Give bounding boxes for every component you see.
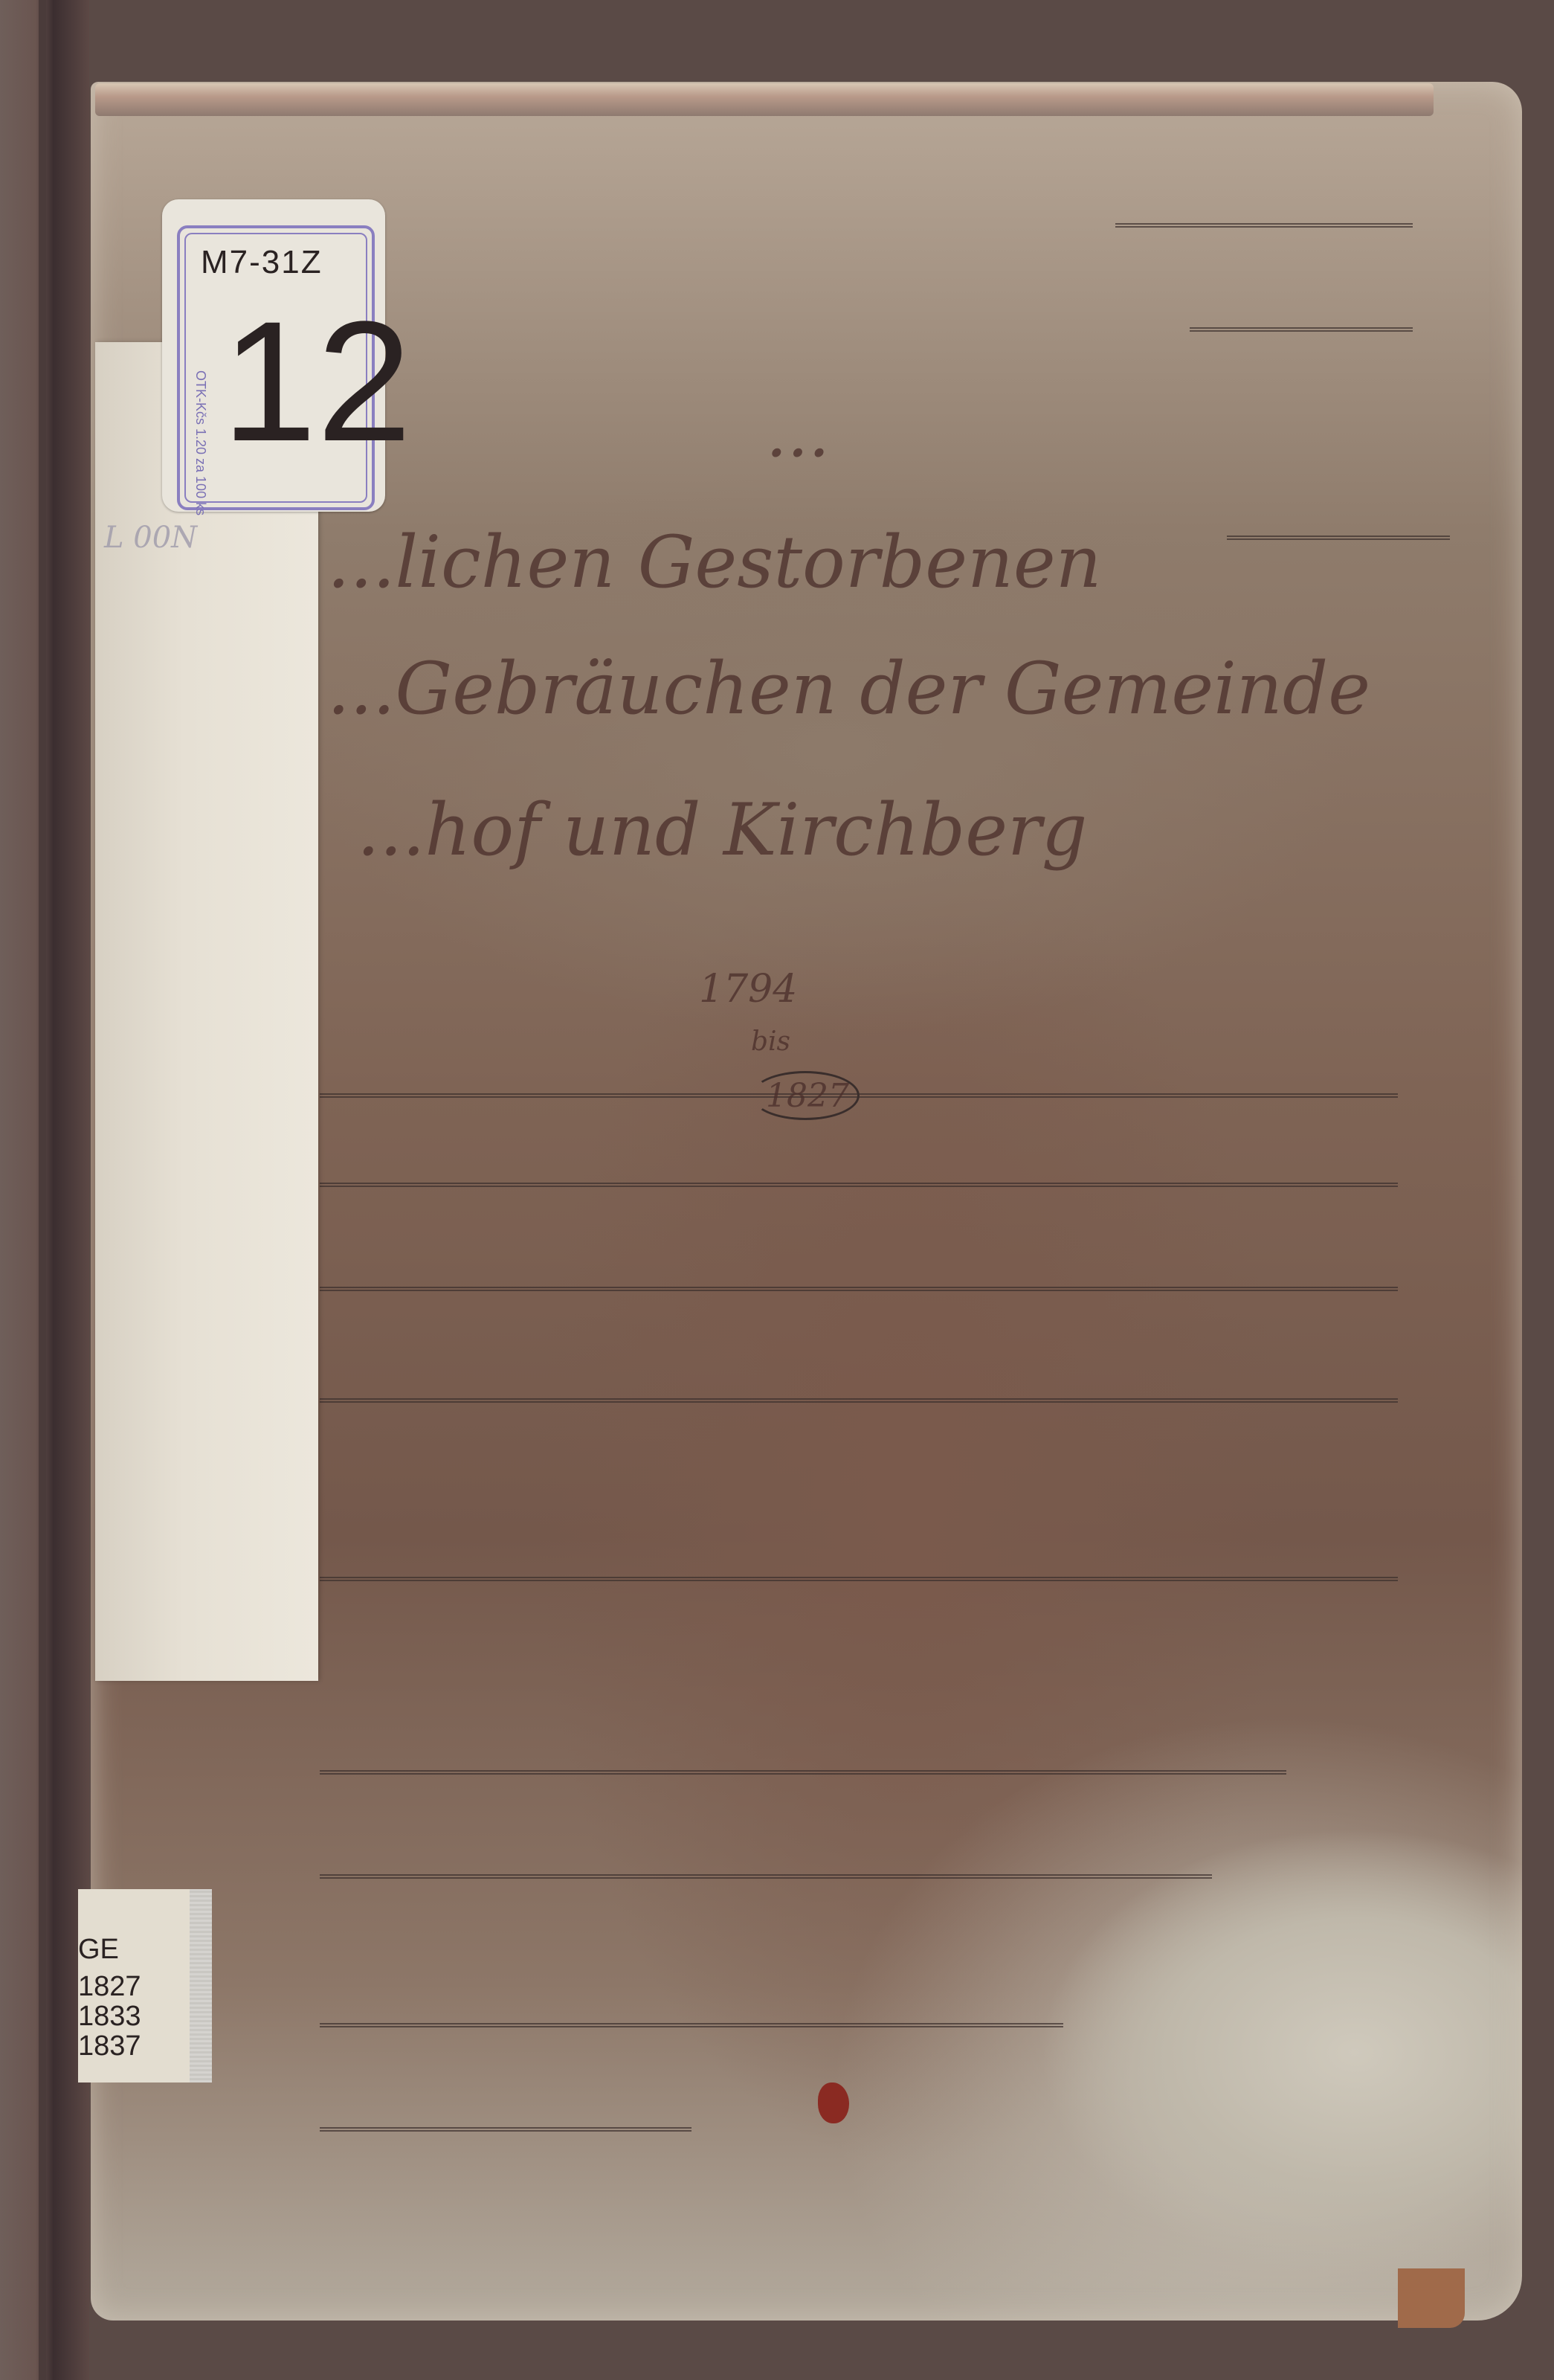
- title-line-1: ...: [766, 394, 830, 472]
- corner-tear: [1398, 2268, 1465, 2328]
- ruled-line: [320, 1770, 1286, 1775]
- ruled-line: [320, 1183, 1398, 1187]
- ruled-line: [320, 2023, 1063, 2027]
- title-line-3: ...Gebräuchen der Gemeinde: [327, 647, 1370, 730]
- spine-label: GE 1827 1833 1837: [78, 1889, 212, 2082]
- ruled-line: [1115, 223, 1413, 228]
- backdrop-strip: [39, 0, 46, 2380]
- year-start: 1794: [699, 967, 797, 1011]
- ruled-line: [320, 1874, 1212, 1879]
- spine-label-tape: [190, 1889, 212, 2082]
- book-top-edge: [95, 83, 1434, 116]
- faint-pencil-mark: L 00N: [104, 521, 197, 555]
- year-oval-mark: [751, 1071, 860, 1120]
- ruled-line: [320, 1398, 1398, 1403]
- title-line-4: ...hof und Kirchberg: [357, 788, 1087, 872]
- spine-year: 1833: [78, 2001, 141, 2033]
- spine-year: 1827: [78, 1971, 141, 2003]
- label-code: M7-31Z: [201, 244, 323, 281]
- ruled-line: [320, 1287, 1398, 1291]
- ruled-line: [1190, 327, 1413, 332]
- spine-year: 1837: [78, 2030, 141, 2062]
- spine-letters: GE: [78, 1934, 119, 1966]
- year-connector: bis: [751, 1026, 790, 1057]
- ruled-line: [320, 1577, 1398, 1581]
- ruled-line: [320, 2127, 691, 2132]
- label-number: 12: [222, 296, 412, 467]
- label-printed-text: OTK-Kčs 1.20 za 100 ks: [193, 370, 208, 515]
- ruled-line: [1227, 535, 1450, 540]
- archive-label: M7-31Z 12 OTK-Kčs 1.20 za 100 ks: [162, 199, 385, 512]
- red-wax-seal: [818, 2082, 849, 2123]
- title-line-2: ...lichen Gestorbenen: [327, 521, 1101, 604]
